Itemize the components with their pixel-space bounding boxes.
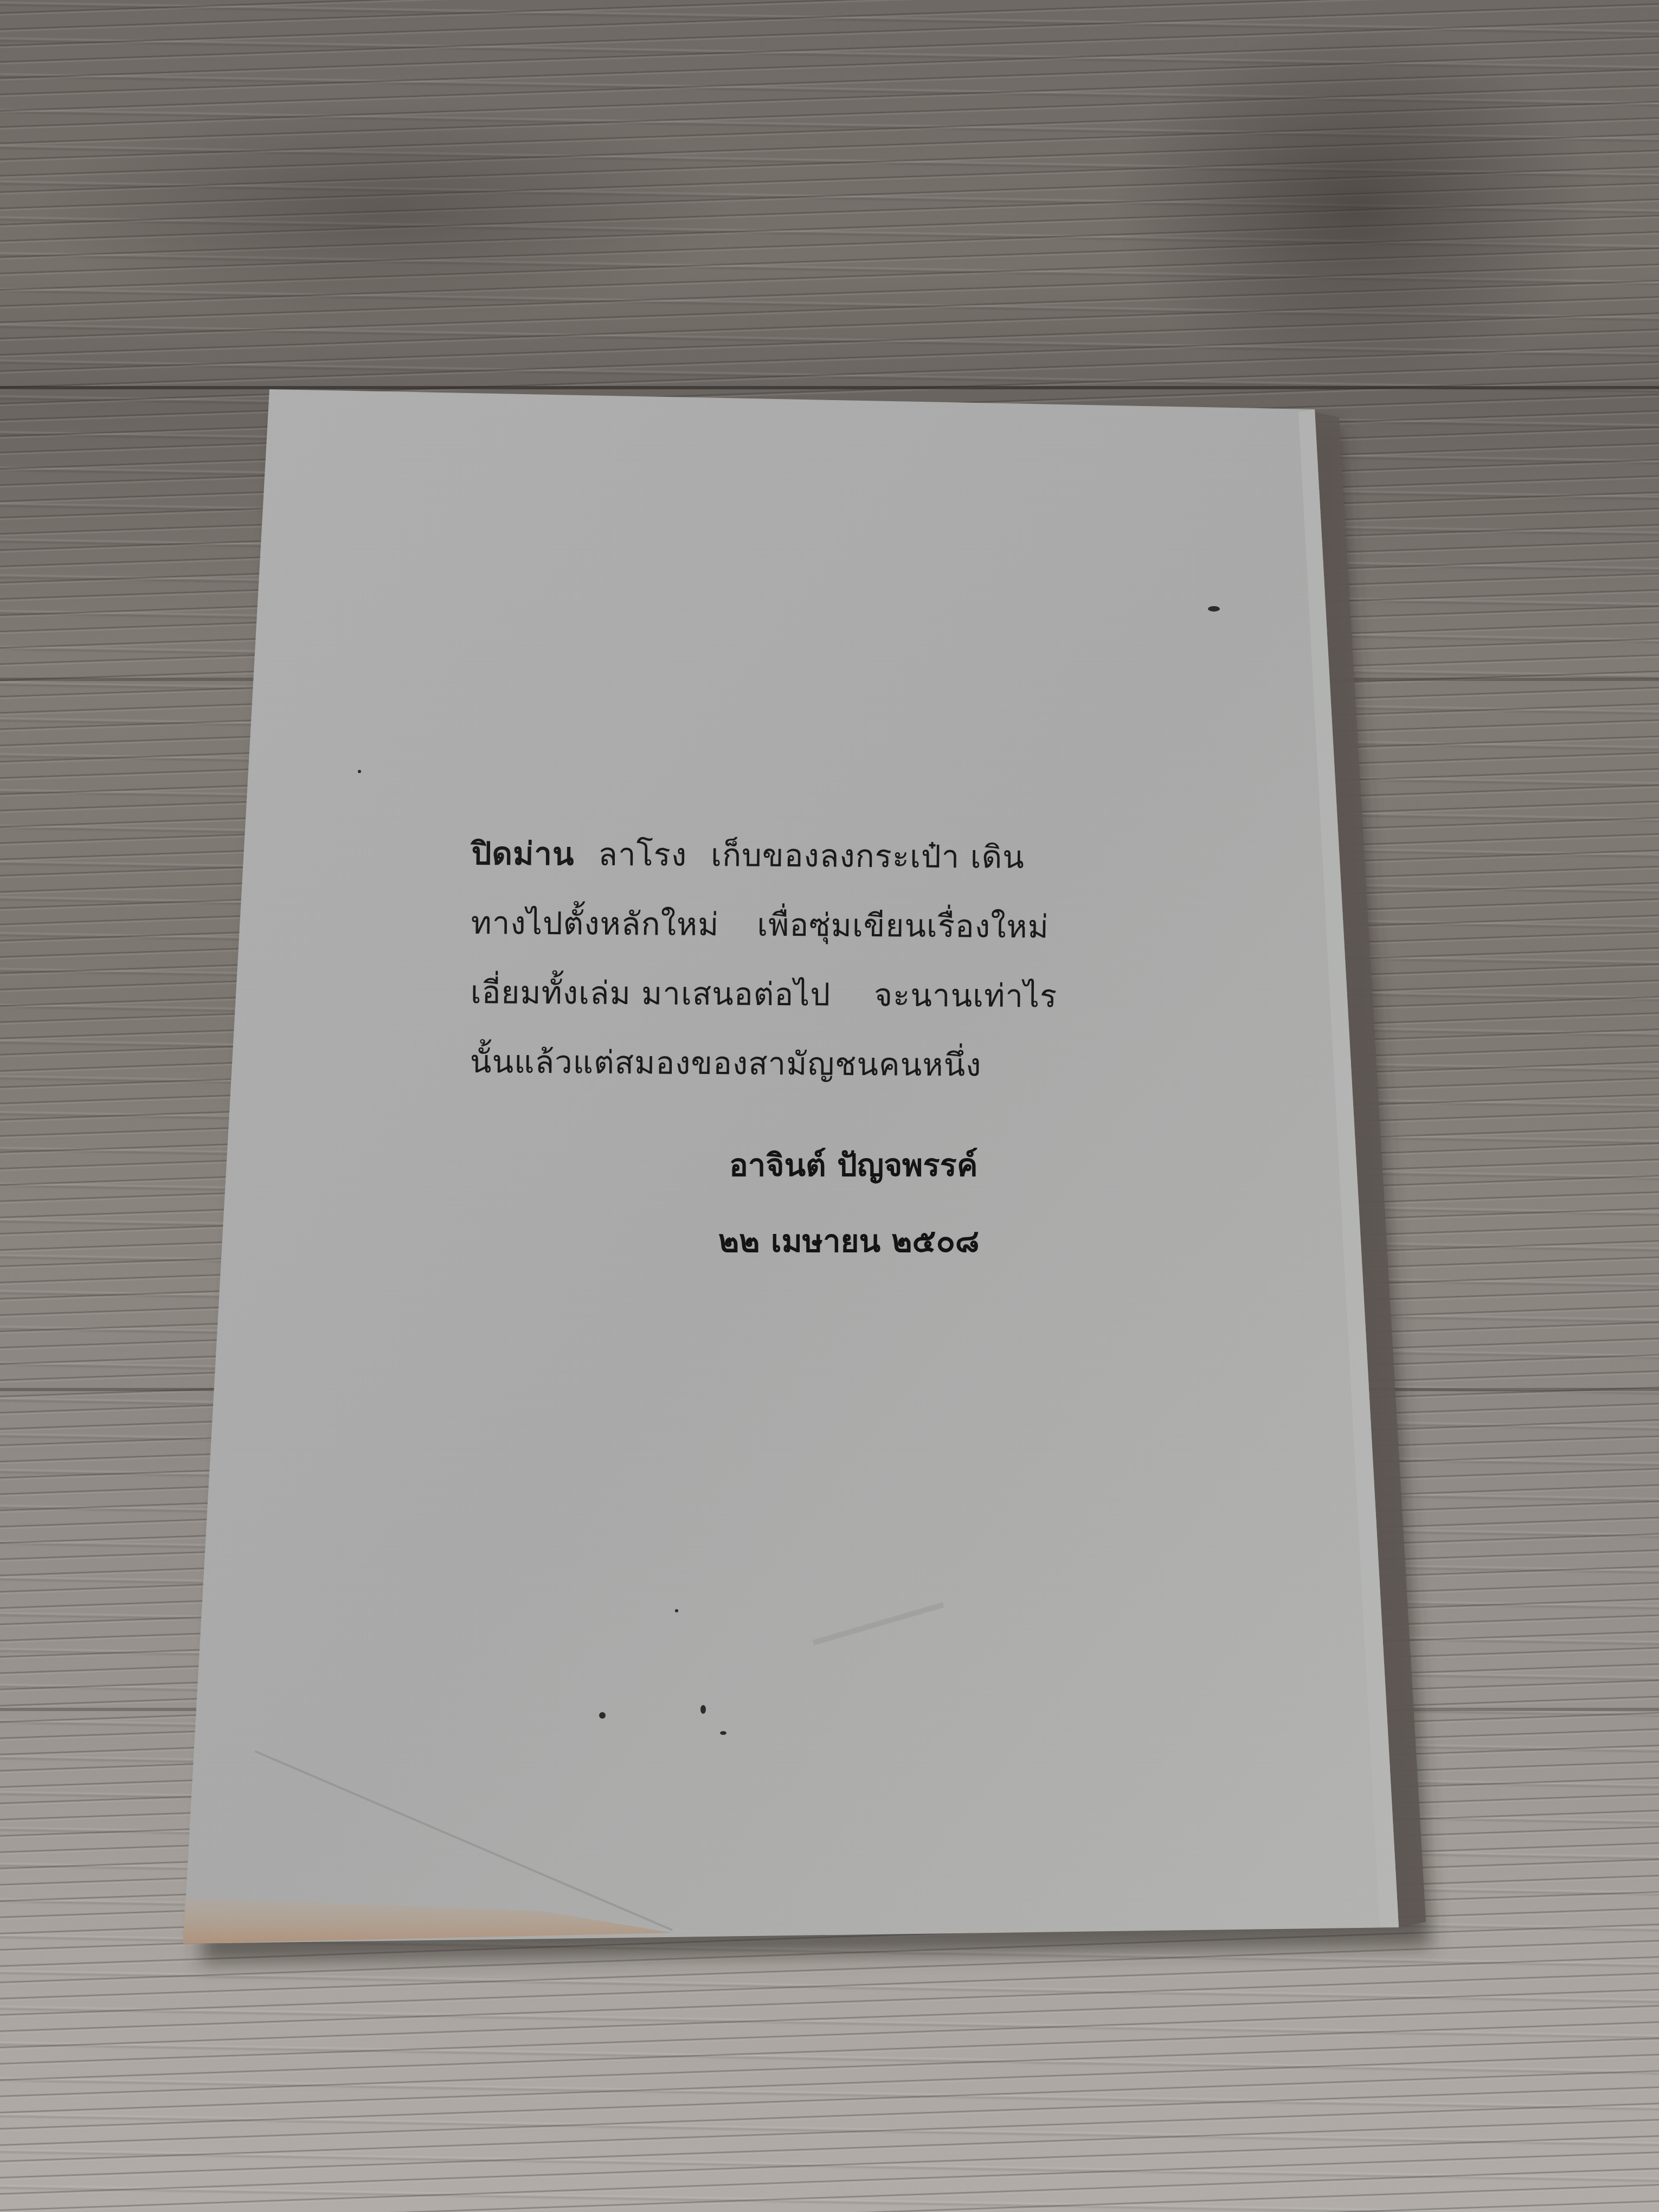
- paragraph-line-3: เอี่ยมทั้งเล่ม มาเสนอต่อไปจะนานเท่าไร: [470, 957, 1056, 1031]
- paper-speck: [358, 770, 361, 773]
- cover-paragraph: ปิดม่านลาโรงเก็บของลงกระเป๋า เดิน ทางไปต…: [470, 819, 1057, 1101]
- paragraph-line-4: นั้นแล้วแต่สมองของสามัญชนคนหนึ่ง: [470, 1027, 1056, 1101]
- paragraph-line-1: ปิดม่านลาโรงเก็บของลงกระเป๋า เดิน: [471, 819, 1057, 892]
- book-cover: [0, 0, 1659, 2212]
- paper-speck: [700, 1705, 706, 1714]
- paper-speck: [720, 1731, 726, 1735]
- author-signature: อาจินต์ ปัญจพรรค์: [729, 1149, 978, 1181]
- paragraph-segment: ทางไปตั้งหลักใหม่: [471, 904, 719, 943]
- paper-speck: [1208, 606, 1220, 612]
- paper-speck: [675, 1609, 678, 1612]
- paragraph-segment: เพื่อซุ่มเขียนเรื่องใหม่: [757, 906, 1049, 946]
- paragraph-segment: จะนานเท่าไร: [874, 976, 1057, 1014]
- paragraph-segment: นั้นแล้วแต่สมองของสามัญชนคนหนึ่ง: [470, 1043, 982, 1084]
- paragraph-line-2: ทางไปตั้งหลักใหม่เพื่อซุ่มเขียนเรื่องใหม…: [471, 888, 1057, 962]
- paragraph-lead-word: ปิดม่าน: [471, 835, 574, 872]
- paragraph-segment: เอี่ยมทั้งเล่ม มาเสนอต่อไป: [471, 974, 831, 1013]
- paragraph-segment: ลาโรง: [598, 836, 687, 873]
- paragraph-segment: เก็บของลงกระเป๋า เดิน: [711, 837, 1025, 876]
- paper-speck: [599, 1712, 606, 1719]
- signature-date: ๒๒ เมษายน ๒๕๐๘: [718, 1225, 980, 1257]
